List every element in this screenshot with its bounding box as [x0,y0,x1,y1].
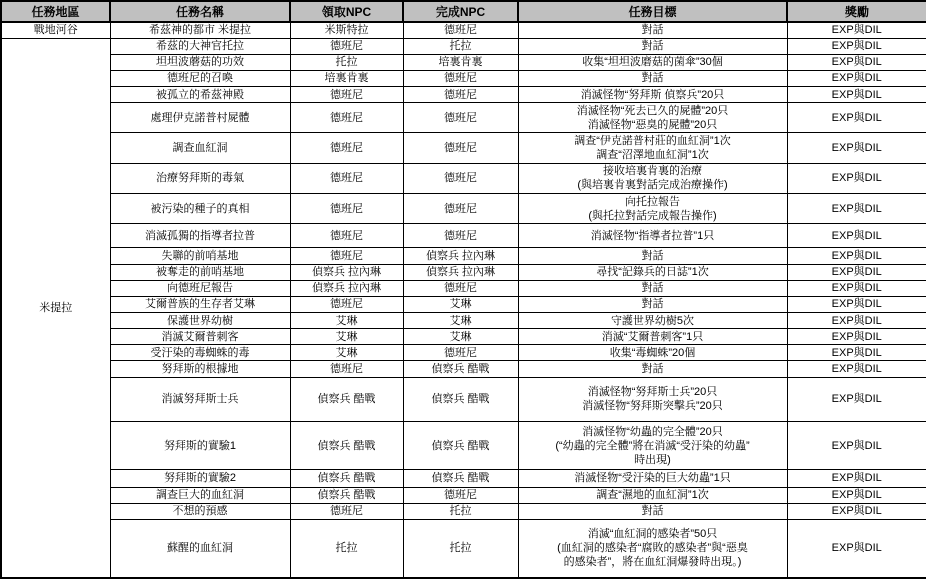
cell-quest-name: 被奪走的前哨基地 [110,264,290,280]
cell-quest-name: 消滅孤獨的指導者拉普 [110,224,290,248]
cell-accept-npc: 德班尼 [290,248,403,264]
objective-line: 對話 [521,71,785,85]
cell-reward: EXP與DIL [787,87,926,103]
cell-objective: 對話 [518,503,787,519]
objective-line: (與培裏肯裏對話完成治療操作) [521,178,785,192]
cell-region: 米提拉 [1,38,110,578]
cell-quest-name: 不想的預感 [110,503,290,519]
objective-line: 對話 [521,504,785,518]
objective-line: 對話 [521,281,785,295]
cell-reward: EXP與DIL [787,329,926,345]
objective-line: 對話 [521,249,785,263]
cell-reward: EXP與DIL [787,194,926,224]
cell-accept-npc: 德班尼 [290,133,403,163]
column-header: 任務名稱 [110,1,290,22]
cell-accept-npc: 偵察兵 拉內琳 [290,264,403,280]
cell-objective: 消滅“血紅洞的感染者”50只(血紅洞的感染者“腐敗的感染者”與“惡臭的感染者”，… [518,519,787,578]
cell-accept-npc: 艾琳 [290,329,403,345]
table-row: 不想的預感德班尼托拉對話EXP與DIL [1,503,926,519]
cell-accept-npc: 偵察兵 酷戰 [290,377,403,421]
cell-objective: 守護世界幼樹5次 [518,313,787,329]
table-row: 努拜斯的根據地德班尼偵察兵 酷戰對話EXP與DIL [1,361,926,377]
table-row: 米提拉希茲的大神官托拉德班尼托拉對話EXP與DIL [1,38,926,54]
cell-reward: EXP與DIL [787,361,926,377]
table-row: 德班尼的召喚培裏肯裏德班尼對話EXP與DIL [1,70,926,86]
objective-line: 對話 [521,362,785,376]
cell-reward: EXP與DIL [787,163,926,193]
cell-complete-npc: 偵察兵 酷戰 [403,377,518,421]
table-row: 被污染的種子的真相德班尼德班尼向托拉報告(與托拉對話完成報告操作)EXP與DIL [1,194,926,224]
cell-quest-name: 被污染的種子的真相 [110,194,290,224]
objective-line: 對話 [521,39,785,53]
cell-complete-npc: 培裏肯裏 [403,54,518,70]
objective-line: 消滅怪物“努拜斯突擊兵”20只 [521,399,785,413]
objective-line: 時出現) [521,453,785,467]
cell-quest-name: 調查巨大的血紅洞 [110,487,290,503]
table-row: 努拜斯的實驗1偵察兵 酷戰偵察兵 酷戰消滅怪物“幼蟲的完全體”20只(“幼蟲的完… [1,421,926,469]
table-row: 艾爾普族的生存者艾琳德班尼艾琳對話EXP與DIL [1,296,926,312]
cell-accept-npc: 托拉 [290,54,403,70]
cell-reward: EXP與DIL [787,22,926,38]
objective-line: 守護世界幼樹5次 [521,314,785,328]
cell-accept-npc: 德班尼 [290,38,403,54]
table-row: 努拜斯的實驗2偵察兵 酷戰偵察兵 酷戰消滅怪物“受汙染的巨大幼蟲”1只EXP與D… [1,470,926,487]
cell-objective: 對話 [518,70,787,86]
cell-quest-name: 消滅艾爾普刺客 [110,329,290,345]
cell-complete-npc: 德班尼 [403,22,518,38]
table-row: 坦坦波蘑菇的功效托拉培裏肯裏收集“坦坦波磨菇的菌傘”30個EXP與DIL [1,54,926,70]
objective-line: 向托拉報告 [521,195,785,209]
cell-complete-npc: 艾琳 [403,313,518,329]
cell-objective: 收集“坦坦波磨菇的菌傘”30個 [518,54,787,70]
cell-accept-npc: 德班尼 [290,87,403,103]
objective-line: 消滅怪物“幼蟲的完全體”20只 [521,425,785,439]
cell-quest-name: 努拜斯的實驗1 [110,421,290,469]
objective-line: 消滅怪物“指導者拉普”1只 [521,229,785,243]
cell-quest-name: 努拜斯的根據地 [110,361,290,377]
cell-reward: EXP與DIL [787,296,926,312]
objective-line: 對話 [521,297,785,311]
cell-accept-npc: 偵察兵 酷戰 [290,487,403,503]
cell-objective: 對話 [518,248,787,264]
cell-quest-name: 失聯的前哨基地 [110,248,290,264]
table-row: 消滅艾爾普刺客艾琳艾琳消滅“艾爾普刺客”1只EXP與DIL [1,329,926,345]
column-header: 領取NPC [290,1,403,22]
cell-complete-npc: 偵察兵 酷戰 [403,421,518,469]
cell-quest-name: 調查血紅洞 [110,133,290,163]
quest-table: 任務地區任務名稱領取NPC完成NPC任務目標獎勵 戰地河谷希茲神的都市 米提拉米… [0,0,926,579]
cell-objective: 收集“毒蜘蛛”20個 [518,345,787,361]
table-row: 蘇醒的血紅洞托拉托拉消滅“血紅洞的感染者”50只(血紅洞的感染者“腐敗的感染者”… [1,519,926,578]
cell-complete-npc: 德班尼 [403,280,518,296]
cell-reward: EXP與DIL [787,377,926,421]
column-header: 完成NPC [403,1,518,22]
table-row: 被孤立的希茲神殿德班尼德班尼消滅怪物“努拜斯 偵察兵”20只EXP與DIL [1,87,926,103]
cell-quest-name: 努拜斯的實驗2 [110,470,290,487]
cell-complete-npc: 艾琳 [403,329,518,345]
cell-complete-npc: 德班尼 [403,103,518,133]
cell-accept-npc: 德班尼 [290,296,403,312]
cell-objective: 尋找“記錄兵的日誌”1次 [518,264,787,280]
cell-objective: 消滅怪物“受汙染的巨大幼蟲”1只 [518,470,787,487]
cell-reward: EXP與DIL [787,133,926,163]
cell-objective: 消滅怪物“努拜斯士兵”20只消滅怪物“努拜斯突擊兵”20只 [518,377,787,421]
cell-quest-name: 希茲的大神官托拉 [110,38,290,54]
table-row: 戰地河谷希茲神的都市 米提拉米斯特拉德班尼對話EXP與DIL [1,22,926,38]
cell-objective: 對話 [518,296,787,312]
cell-objective: 消滅怪物“死去已久的屍體”20只消滅怪物“惡臭的屍體”20只 [518,103,787,133]
cell-quest-name: 希茲神的都市 米提拉 [110,22,290,38]
cell-accept-npc: 德班尼 [290,361,403,377]
cell-region: 戰地河谷 [1,22,110,38]
cell-quest-name: 保護世界幼樹 [110,313,290,329]
cell-reward: EXP與DIL [787,470,926,487]
objective-line: 消滅怪物“死去已久的屍體”20只 [521,104,785,118]
cell-objective: 對話 [518,280,787,296]
cell-accept-npc: 德班尼 [290,224,403,248]
quest-table-header: 任務地區任務名稱領取NPC完成NPC任務目標獎勵 [1,1,926,22]
column-header: 任務地區 [1,1,110,22]
objective-line: 尋找“記錄兵的日誌”1次 [521,265,785,279]
cell-accept-npc: 德班尼 [290,163,403,193]
table-row: 向德班尼報告偵察兵 拉內琳德班尼對話EXP與DIL [1,280,926,296]
cell-objective: 調查“濕地的血紅洞”1次 [518,487,787,503]
cell-reward: EXP與DIL [787,421,926,469]
cell-complete-npc: 偵察兵 酷戰 [403,361,518,377]
cell-accept-npc: 培裏肯裏 [290,70,403,86]
cell-quest-name: 蘇醒的血紅洞 [110,519,290,578]
column-header: 獎勵 [787,1,926,22]
objective-line: 調查“濕地的血紅洞”1次 [521,488,785,502]
cell-reward: EXP與DIL [787,487,926,503]
cell-reward: EXP與DIL [787,503,926,519]
cell-complete-npc: 德班尼 [403,194,518,224]
table-row: 被奪走的前哨基地偵察兵 拉內琳偵察兵 拉內琳尋找“記錄兵的日誌”1次EXP與DI… [1,264,926,280]
cell-accept-npc: 偵察兵 酷戰 [290,421,403,469]
table-row: 消滅努拜斯士兵偵察兵 酷戰偵察兵 酷戰消滅怪物“努拜斯士兵”20只消滅怪物“努拜… [1,377,926,421]
cell-complete-npc: 德班尼 [403,345,518,361]
cell-complete-npc: 德班尼 [403,487,518,503]
objective-line: 消滅怪物“努拜斯 偵察兵”20只 [521,88,785,102]
cell-complete-npc: 德班尼 [403,163,518,193]
cell-accept-npc: 偵察兵 酷戰 [290,470,403,487]
objective-line: (血紅洞的感染者“腐敗的感染者”與“惡臭 [521,541,785,555]
objective-line: 消滅“艾爾普刺客”1只 [521,330,785,344]
cell-quest-name: 處理伊克諾普村屍體 [110,103,290,133]
table-row: 調查血紅洞德班尼德班尼調查“伊克諾普村莊的血紅洞”1次調查“沼澤地血紅洞”1次E… [1,133,926,163]
cell-accept-npc: 德班尼 [290,194,403,224]
cell-reward: EXP與DIL [787,313,926,329]
table-row: 受汙染的毒蜘蛛的毒艾琳德班尼收集“毒蜘蛛”20個EXP與DIL [1,345,926,361]
cell-quest-name: 受汙染的毒蜘蛛的毒 [110,345,290,361]
objective-line: 收集“毒蜘蛛”20個 [521,346,785,360]
cell-objective: 消滅怪物“指導者拉普”1只 [518,224,787,248]
cell-complete-npc: 托拉 [403,519,518,578]
cell-quest-name: 向德班尼報告 [110,280,290,296]
cell-quest-name: 艾爾普族的生存者艾琳 [110,296,290,312]
cell-objective: 向托拉報告(與托拉對話完成報告操作) [518,194,787,224]
table-row: 治療努拜斯的毒氣德班尼德班尼接收培裏肯裏的治療(與培裏肯裏對話完成治療操作)EX… [1,163,926,193]
cell-quest-name: 治療努拜斯的毒氣 [110,163,290,193]
cell-accept-npc: 艾琳 [290,345,403,361]
objective-line: 對話 [521,23,785,37]
cell-quest-name: 坦坦波蘑菇的功效 [110,54,290,70]
table-row: 調查巨大的血紅洞偵察兵 酷戰德班尼調查“濕地的血紅洞”1次EXP與DIL [1,487,926,503]
objective-line: 消滅怪物“受汙染的巨大幼蟲”1只 [521,471,785,485]
column-header: 任務目標 [518,1,787,22]
cell-complete-npc: 偵察兵 酷戰 [403,470,518,487]
cell-reward: EXP與DIL [787,103,926,133]
quest-table-body: 戰地河谷希茲神的都市 米提拉米斯特拉德班尼對話EXP與DIL米提拉希茲的大神官托… [1,22,926,578]
objective-line: 消滅怪物“惡臭的屍體”20只 [521,118,785,132]
cell-complete-npc: 偵察兵 拉內琳 [403,264,518,280]
cell-quest-name: 消滅努拜斯士兵 [110,377,290,421]
objective-line: (與托拉對話完成報告操作) [521,209,785,223]
cell-reward: EXP與DIL [787,248,926,264]
cell-accept-npc: 德班尼 [290,503,403,519]
cell-quest-name: 被孤立的希茲神殿 [110,87,290,103]
objective-line: 消滅“血紅洞的感染者”50只 [521,527,785,541]
cell-reward: EXP與DIL [787,345,926,361]
cell-accept-npc: 托拉 [290,519,403,578]
cell-complete-npc: 德班尼 [403,87,518,103]
cell-complete-npc: 德班尼 [403,133,518,163]
objective-line: 調查“伊克諾普村莊的血紅洞”1次 [521,134,785,148]
cell-objective: 接收培裏肯裏的治療(與培裏肯裏對話完成治療操作) [518,163,787,193]
cell-accept-npc: 德班尼 [290,103,403,133]
objective-line: 接收培裏肯裏的治療 [521,164,785,178]
cell-complete-npc: 德班尼 [403,70,518,86]
cell-complete-npc: 托拉 [403,38,518,54]
cell-complete-npc: 艾琳 [403,296,518,312]
header-row: 任務地區任務名稱領取NPC完成NPC任務目標獎勵 [1,1,926,22]
cell-reward: EXP與DIL [787,224,926,248]
objective-line: 消滅怪物“努拜斯士兵”20只 [521,385,785,399]
objective-line: 收集“坦坦波磨菇的菌傘”30個 [521,55,785,69]
cell-reward: EXP與DIL [787,519,926,578]
objective-line: 調查“沼澤地血紅洞”1次 [521,148,785,162]
table-row: 失聯的前哨基地德班尼偵察兵 拉內琳對話EXP與DIL [1,248,926,264]
cell-objective: 對話 [518,22,787,38]
cell-complete-npc: 德班尼 [403,224,518,248]
cell-objective: 對話 [518,38,787,54]
cell-complete-npc: 托拉 [403,503,518,519]
cell-objective: 調查“伊克諾普村莊的血紅洞”1次調查“沼澤地血紅洞”1次 [518,133,787,163]
objective-line: (“幼蟲的完全體”將在消滅“受汙染的幼蟲” [521,439,785,453]
cell-accept-npc: 米斯特拉 [290,22,403,38]
cell-complete-npc: 偵察兵 拉內琳 [403,248,518,264]
cell-objective: 對話 [518,361,787,377]
cell-accept-npc: 艾琳 [290,313,403,329]
table-row: 處理伊克諾普村屍體德班尼德班尼消滅怪物“死去已久的屍體”20只消滅怪物“惡臭的屍… [1,103,926,133]
cell-quest-name: 德班尼的召喚 [110,70,290,86]
cell-reward: EXP與DIL [787,264,926,280]
cell-reward: EXP與DIL [787,54,926,70]
cell-objective: 消滅怪物“幼蟲的完全體”20只(“幼蟲的完全體”將在消滅“受汙染的幼蟲”時出現) [518,421,787,469]
cell-objective: 消滅“艾爾普刺客”1只 [518,329,787,345]
table-row: 保護世界幼樹艾琳艾琳守護世界幼樹5次EXP與DIL [1,313,926,329]
cell-reward: EXP與DIL [787,280,926,296]
cell-objective: 消滅怪物“努拜斯 偵察兵”20只 [518,87,787,103]
cell-reward: EXP與DIL [787,38,926,54]
cell-accept-npc: 偵察兵 拉內琳 [290,280,403,296]
cell-reward: EXP與DIL [787,70,926,86]
objective-line: 的感染者”，將在血紅洞爆發時出現。) [521,555,785,569]
table-row: 消滅孤獨的指導者拉普德班尼德班尼消滅怪物“指導者拉普”1只EXP與DIL [1,224,926,248]
